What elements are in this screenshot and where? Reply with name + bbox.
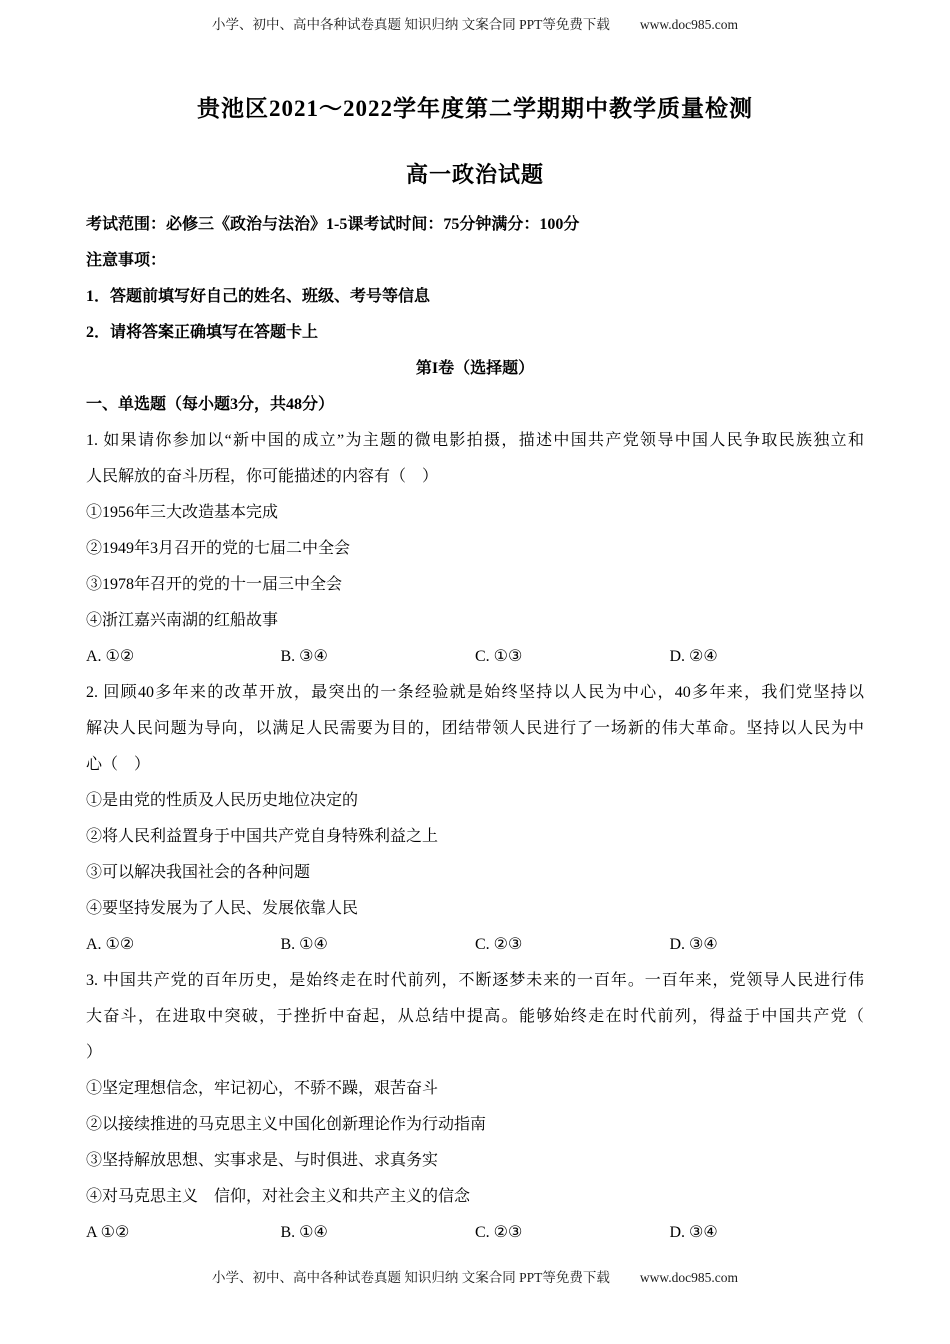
question-3-option-b: B. ①④ xyxy=(281,1215,476,1251)
question-1-option-a: A. ①② xyxy=(86,639,281,675)
question-3-options-row: A ①② B. ①④ C. ②③ D. ③④ xyxy=(86,1215,864,1251)
note-item-1: 1．答题前填写好自己的姓名、班级、考号等信息 xyxy=(86,279,864,315)
question-1-option-b: B. ③④ xyxy=(281,639,476,675)
question-3-item-2: ②以接续推进的马克思主义中国化创新理论作为行动指南 xyxy=(86,1107,864,1143)
question-2-option-b: B. ①④ xyxy=(281,927,476,963)
exam-subtitle: 高一政治试题 xyxy=(0,158,950,189)
question-2-item-3: ③可以解决我国社会的各种问题 xyxy=(86,855,864,891)
question-2: 2. 回顾40多年来的改革开放，最突出的一条经验就是始终坚持以人民为中心，40多… xyxy=(86,675,864,963)
question-3-option-a: A ①② xyxy=(86,1215,281,1251)
question-1-stem-line-2: 人民解放的奋斗历程，你可能描述的内容有（ ） xyxy=(86,459,864,495)
footer-promo-text: 小学、初中、高中各种试卷真题 知识归纳 文案合同 PPT等免费下载 xyxy=(212,1270,610,1285)
question-2-option-c: C. ②③ xyxy=(475,927,670,963)
question-1-item-3: ③1978年召开的党的十一届三中全会 xyxy=(86,567,864,603)
question-2-options-row: A. ①② B. ①④ C. ②③ D. ③④ xyxy=(86,927,864,963)
question-1-item-1: ①1956年三大改造基本完成 xyxy=(86,495,864,531)
question-2-option-a: A. ①② xyxy=(86,927,281,963)
part-1-heading: 一、单选题（每小题3分，共48分） xyxy=(86,387,864,423)
notes-heading: 注意事项： xyxy=(86,243,864,279)
question-2-stem-line-2: 解决人民问题为导向，以满足人民需要为目的，团结带领人民进行了一场新的伟大革命。坚… xyxy=(86,711,864,747)
question-1-options-row: A. ①② B. ③④ C. ①③ D. ②④ xyxy=(86,639,864,675)
question-2-item-2: ②将人民利益置身于中国共产党自身特殊利益之上 xyxy=(86,819,864,855)
header-site-url: www.doc985.com xyxy=(640,17,738,32)
header-promo-text: 小学、初中、高中各种试卷真题 知识归纳 文案合同 PPT等免费下载 xyxy=(212,17,610,32)
question-2-stem-line-3: 心（ ） xyxy=(86,747,864,783)
question-2-option-d: D. ③④ xyxy=(670,927,865,963)
exam-title: 贵池区2021～2022学年度第二学期期中教学质量检测 xyxy=(0,90,950,123)
page-footer: 小学、初中、高中各种试卷真题 知识归纳 文案合同 PPT等免费下载www.doc… xyxy=(0,1266,950,1286)
question-3-stem-line-1: 3. 中国共产党的百年历史，是始终走在时代前列，不断逐梦未来的一百年。一百年来，… xyxy=(86,963,864,999)
footer-site-url: www.doc985.com xyxy=(640,1270,738,1285)
question-3-stem-line-3: ） xyxy=(86,1035,864,1071)
exam-paper-page: 小学、初中、高中各种试卷真题 知识归纳 文案合同 PPT等免费下载www.doc… xyxy=(0,0,950,1344)
question-3-item-3: ③坚持解放思想、实事求是、与时俱进、求真务实 xyxy=(86,1143,864,1179)
question-3-option-c: C. ②③ xyxy=(475,1215,670,1251)
question-1: 1. 如果请你参加以“新中国的成立”为主题的微电影拍摄，描述中国共产党领导中国人… xyxy=(86,423,864,675)
question-3-item-1: ①坚定理想信念，牢记初心，不骄不躁，艰苦奋斗 xyxy=(86,1071,864,1107)
exam-body: 考试范围：必修三《政治与法治》1-5课考试时间：75分钟满分：100分 注意事项… xyxy=(86,207,864,1251)
question-3-item-4: ④对马克思主义 信仰，对社会主义和共产主义的信念 xyxy=(86,1179,864,1215)
question-2-item-1: ①是由党的性质及人民历史地位决定的 xyxy=(86,783,864,819)
question-1-item-4: ④浙江嘉兴南湖的红船故事 xyxy=(86,603,864,639)
question-1-stem-line-1: 1. 如果请你参加以“新中国的成立”为主题的微电影拍摄，描述中国共产党领导中国人… xyxy=(86,423,864,459)
page-header: 小学、初中、高中各种试卷真题 知识归纳 文案合同 PPT等免费下载www.doc… xyxy=(0,13,950,33)
question-1-item-2: ②1949年3月召开的党的七届二中全会 xyxy=(86,531,864,567)
question-3-option-d: D. ③④ xyxy=(670,1215,865,1251)
section-1-heading: 第I卷（选择题） xyxy=(86,351,864,387)
question-2-item-4: ④要坚持发展为了人民、发展依靠人民 xyxy=(86,891,864,927)
question-3: 3. 中国共产党的百年历史，是始终走在时代前列，不断逐梦未来的一百年。一百年来，… xyxy=(86,963,864,1251)
question-1-option-d: D. ②④ xyxy=(670,639,865,675)
exam-scope-line: 考试范围：必修三《政治与法治》1-5课考试时间：75分钟满分：100分 xyxy=(86,207,864,243)
question-1-option-c: C. ①③ xyxy=(475,639,670,675)
question-2-stem-line-1: 2. 回顾40多年来的改革开放，最突出的一条经验就是始终坚持以人民为中心，40多… xyxy=(86,675,864,711)
question-3-stem-line-2: 大奋斗，在进取中突破，于挫折中奋起，从总结中提高。能够始终走在时代前列，得益于中… xyxy=(86,999,864,1035)
note-item-2: 2．请将答案正确填写在答题卡上 xyxy=(86,315,864,351)
